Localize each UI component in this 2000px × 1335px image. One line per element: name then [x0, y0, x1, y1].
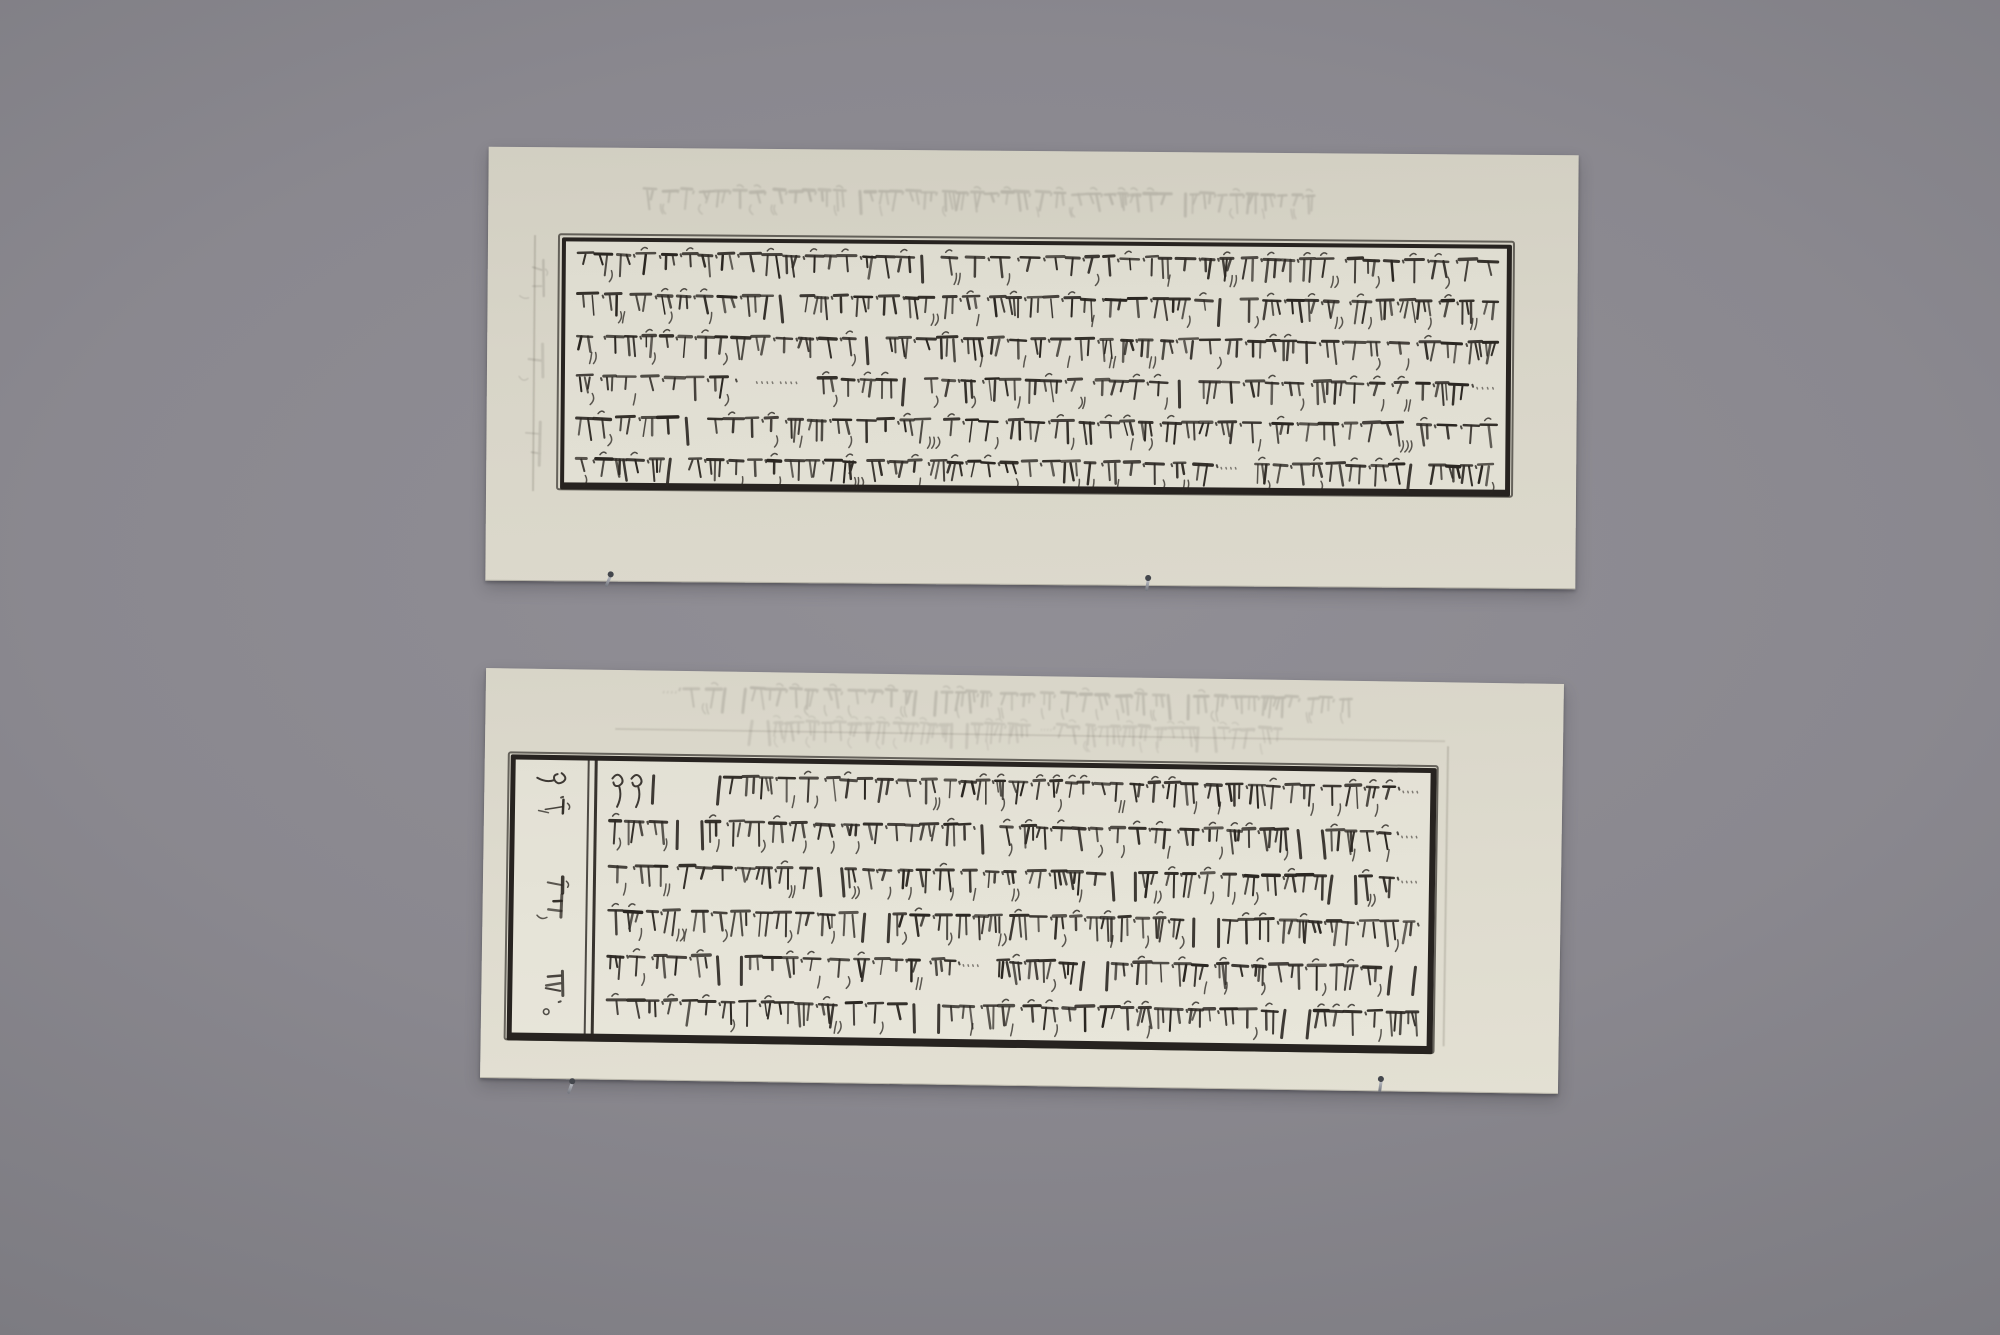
ink-showthrough-margin-label [515, 418, 545, 474]
margin-label [538, 767, 569, 823]
manuscript-leaf-bottom: ༅་ལྕའདུ ཨ་༠ ༄༅། །བཟང་ཚོའི་བསམ་པ་ལ་ཁྱུད་ཙ… [480, 668, 1564, 1094]
ink-showthrough-margin-label [516, 340, 546, 396]
folio-margin-column [510, 757, 598, 1038]
mounting-pin [567, 1081, 574, 1094]
ink-showthrough-row [638, 184, 1318, 229]
tibetan-text-line [572, 452, 1502, 505]
margin-label [536, 873, 567, 929]
ink-showthrough-line [1443, 746, 1449, 1046]
manuscript-leaf-top: བཟོད་པ་ར་ཟས་ལ་དགག་བཏབ་པའམ། བློན་པོ་བ་གའ་… [485, 147, 1578, 590]
top-leaf-transcription: བཟོད་པ་ར་ཟས་ལ་དགག་བཏབ་པའམ། བློན་པོ་བ་གའ་… [489, 147, 490, 148]
photo-backdrop: བཟོད་པ་ར་ཟས་ལ་དགག་བཏབ་པའམ། བློན་པོ་བ་གའ་… [0, 0, 2000, 1335]
margin-label [535, 967, 566, 1023]
bottom-leaf-transcription: ༅་ལྕའདུ ཨ་༠ ༄༅། །བཟང་ཚོའི་བསམ་པ་ལ་ཁྱུད་ཙ… [486, 668, 487, 669]
ink-showthrough-margin-label [516, 256, 546, 312]
